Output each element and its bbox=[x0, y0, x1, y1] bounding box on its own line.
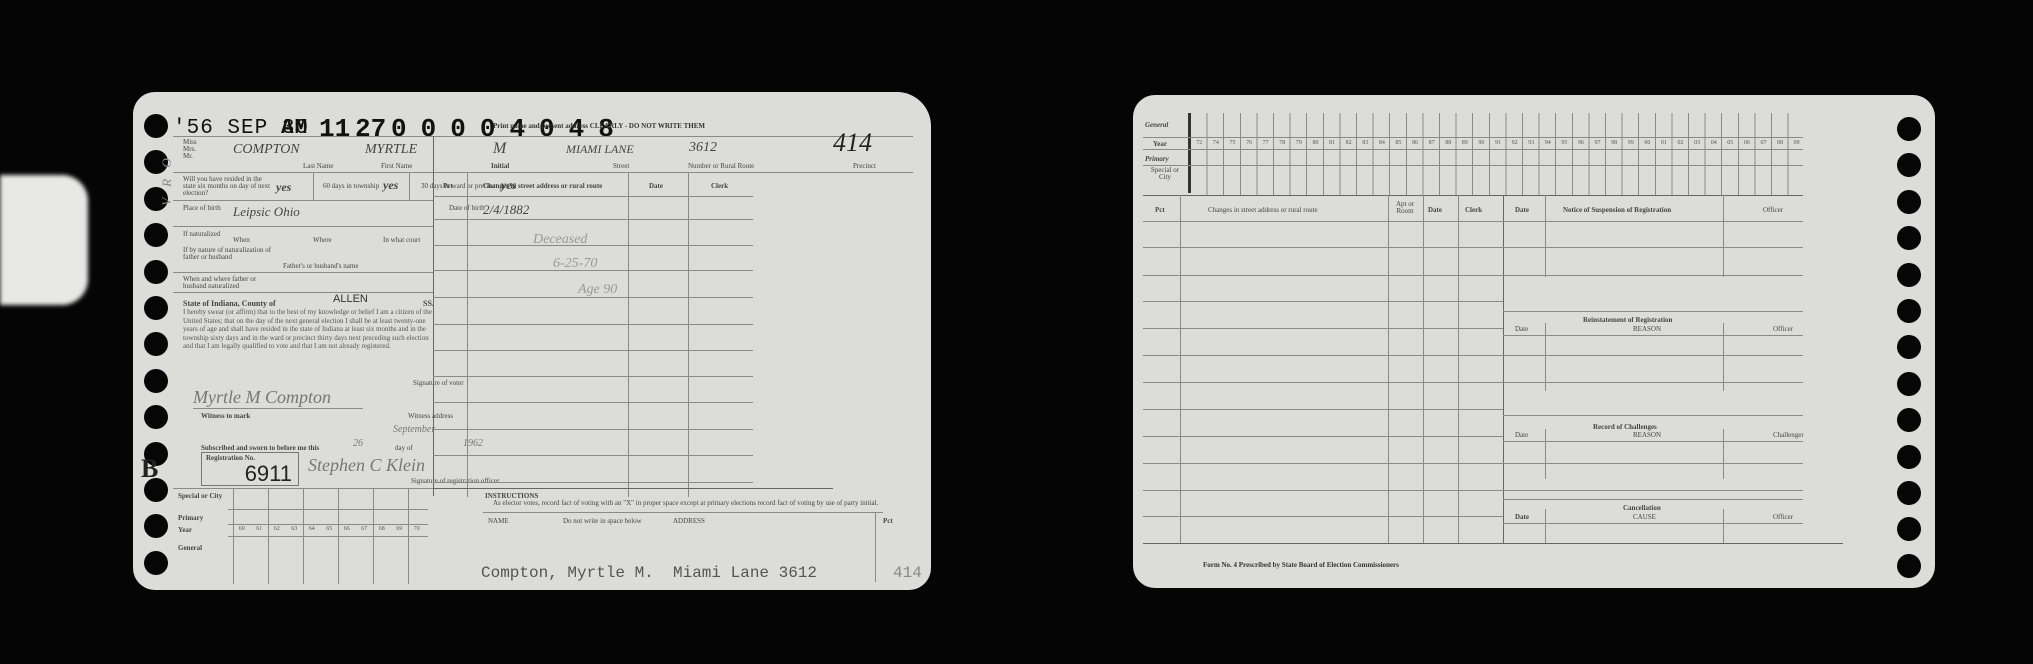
last-name-value: COMPTON bbox=[233, 142, 300, 158]
residency-q2-value: yes bbox=[383, 178, 398, 193]
officer-signature: Stephen C Klein bbox=[308, 455, 425, 476]
subscribed-text: Subscribed and sworn to before me this bbox=[201, 444, 319, 452]
margin-note: V R O bbox=[159, 154, 175, 206]
header-instruction: Print name and present address CLEARLY -… bbox=[493, 122, 705, 130]
form-footer: Form No. 4 Prescribed by State Board of … bbox=[1203, 561, 1399, 569]
voter-signature-label: Signature of voter bbox=[413, 379, 464, 387]
reinstatement-reason: REASON bbox=[1633, 325, 1661, 333]
birth-date-value: 2/4/1882 bbox=[483, 202, 529, 218]
punch-hole bbox=[1897, 190, 1921, 214]
back-changes-pct: Pct bbox=[1155, 206, 1165, 214]
changes-header-pct: Pct bbox=[443, 182, 453, 190]
naturalized-label: If naturalized bbox=[183, 230, 221, 238]
first-name-value: MYRTLE bbox=[365, 142, 417, 158]
typed-name: Compton, Myrtle M. bbox=[481, 564, 654, 582]
punch-hole bbox=[144, 260, 168, 284]
back-grid-year: Year bbox=[1153, 140, 1167, 148]
punch-hole bbox=[1897, 263, 1921, 287]
handwritten-deceased: Deceased bbox=[533, 232, 587, 248]
residency-q1-label: Will you have resided in the state six m… bbox=[183, 176, 273, 197]
naturalized-father-label: If by nature of naturalization of father… bbox=[183, 247, 273, 261]
cancellation-date: Date bbox=[1515, 513, 1529, 521]
witness-label: Witness to mark bbox=[201, 412, 250, 420]
subscribed-day: 26 bbox=[353, 438, 363, 449]
registration-box: Registration No. 6911 bbox=[201, 452, 299, 486]
birth-place-label: Place of birth bbox=[183, 204, 221, 212]
when-where-naturalized-label: When and where father or husband natural… bbox=[183, 276, 273, 290]
scanner-glare bbox=[0, 175, 88, 305]
punch-hole bbox=[1897, 372, 1921, 396]
scan-stage: '56 SEP 30 AM 11 27 0 0 0 0 4 0 4 8 Prin… bbox=[0, 0, 2033, 664]
precinct-label: Precinct bbox=[853, 162, 876, 170]
serial-digit: 0 bbox=[450, 114, 466, 144]
changes-header-clerk: Clerk bbox=[711, 182, 728, 190]
precinct-value: 414 bbox=[833, 128, 872, 158]
father-name-label: Father's or husband's name bbox=[283, 262, 358, 270]
registration-letter: B bbox=[141, 454, 158, 484]
punch-hole bbox=[144, 514, 168, 538]
grid-row-special: Special or City bbox=[178, 492, 222, 500]
cancellation-officer: Officer bbox=[1773, 513, 1793, 521]
naturalized-court-label: In what court bbox=[383, 236, 420, 244]
punch-hole bbox=[1897, 481, 1921, 505]
punch-hole bbox=[1897, 153, 1921, 177]
instructions-note-col: Do not write in space below bbox=[563, 517, 642, 525]
day-of-label: day of bbox=[395, 444, 413, 452]
initial-label: Initial bbox=[491, 162, 509, 170]
typed-address: Miami Lane 3612 bbox=[673, 564, 817, 582]
front-year-row: 60 61 62 63 64 65 66 67 68 69 70 bbox=[233, 526, 426, 532]
punch-hole bbox=[1897, 554, 1921, 578]
back-changes-apt: Apt or Room bbox=[1391, 201, 1419, 215]
punch-holes bbox=[1897, 117, 1921, 578]
suspension-date: Date bbox=[1515, 206, 1529, 214]
punch-hole bbox=[144, 296, 168, 320]
instructions-pct-col: Pct bbox=[883, 517, 893, 525]
cancellation-cause: CAUSE bbox=[1633, 513, 1656, 521]
first-name-label: First Name bbox=[381, 162, 412, 170]
changes-header-address: Changes in street address or rural route bbox=[483, 182, 602, 190]
punch-hole bbox=[1897, 299, 1921, 323]
back-grid-primary: Primary bbox=[1145, 155, 1169, 163]
witness-address-label: Witness address bbox=[408, 412, 453, 420]
punch-hole bbox=[144, 551, 168, 575]
punch-hole bbox=[144, 405, 168, 429]
cancellation-title: Cancellation bbox=[1623, 504, 1661, 512]
handwritten-age: Age 90 bbox=[578, 282, 617, 298]
oath-county: ALLEN bbox=[333, 293, 368, 305]
street-value: MIAMI LANE bbox=[566, 142, 634, 157]
punch-hole bbox=[1897, 335, 1921, 359]
birth-place-value: Leipsic Ohio bbox=[233, 204, 300, 220]
number-label: Number or Rural Route bbox=[688, 162, 754, 170]
punch-hole bbox=[1897, 117, 1921, 141]
naturalized-where-label: Where bbox=[313, 236, 332, 244]
handwritten-date: 6-25-70 bbox=[553, 256, 597, 272]
challenges-title: Record of Challenges bbox=[1593, 423, 1657, 431]
stamp-minute: 27 bbox=[355, 114, 386, 144]
suspension-title: Notice of Suspension of Registration bbox=[1563, 206, 1671, 214]
serial-digit: 0 bbox=[391, 114, 407, 144]
back-changes-address: Changes in street address or rural route bbox=[1208, 206, 1318, 214]
residency-q1-value: yes bbox=[276, 180, 291, 195]
punch-hole bbox=[144, 369, 168, 393]
reinstatement-officer: Officer bbox=[1773, 325, 1793, 333]
changes-header-date: Date bbox=[649, 182, 663, 190]
oath-text: I hereby swear (or affirm) that to the b… bbox=[183, 308, 433, 351]
punch-hole bbox=[144, 223, 168, 247]
challenges-challenger: Challenger bbox=[1773, 431, 1804, 439]
punch-hole bbox=[144, 332, 168, 356]
back-changes-clerk: Clerk bbox=[1465, 206, 1482, 214]
reinstatement-date: Date bbox=[1515, 325, 1528, 333]
grid-row-primary: Primary bbox=[178, 514, 203, 522]
instructions-address-col: ADDRESS bbox=[673, 517, 705, 525]
instructions-name-col: NAME bbox=[488, 517, 509, 525]
subscribed-year: 1962 bbox=[463, 438, 483, 449]
subscribed-month: September bbox=[393, 424, 435, 435]
initial-value: M bbox=[493, 140, 506, 158]
registration-number: 6911 bbox=[245, 461, 292, 487]
naturalized-when-label: When bbox=[233, 236, 250, 244]
title-prefix: Miss Mrs. Mr. bbox=[183, 139, 197, 160]
grid-row-general: General bbox=[178, 544, 202, 552]
punch-hole bbox=[1897, 226, 1921, 250]
challenges-reason: REASON bbox=[1633, 431, 1661, 439]
oath-state-line: State of Indiana, County of bbox=[183, 299, 276, 308]
registration-card-front: '56 SEP 30 AM 11 27 0 0 0 0 4 0 4 8 Prin… bbox=[133, 92, 931, 590]
number-value: 3612 bbox=[689, 140, 717, 156]
suspension-officer: Officer bbox=[1763, 206, 1783, 214]
punch-hole bbox=[1897, 445, 1921, 469]
punch-hole bbox=[144, 114, 168, 138]
reinstatement-title: Reinstatement of Registration bbox=[1583, 316, 1672, 324]
last-name-label: Last Name bbox=[303, 162, 334, 170]
punch-hole bbox=[1897, 408, 1921, 432]
officer-signature-label: Signature of registration officer bbox=[411, 477, 499, 485]
voter-signature: Myrtle M Compton bbox=[193, 387, 331, 408]
back-changes-date: Date bbox=[1428, 206, 1442, 214]
registration-card-back: General Year Primary Special or City 727… bbox=[1133, 95, 1935, 588]
instructions-text: As elector votes, record fact of voting … bbox=[493, 500, 913, 507]
punch-hole bbox=[1897, 517, 1921, 541]
grid-row-year: Year bbox=[178, 526, 192, 534]
challenges-date: Date bbox=[1515, 431, 1528, 439]
street-label: Street bbox=[613, 162, 629, 170]
back-grid-general: General bbox=[1145, 121, 1168, 129]
back-grid-columns bbox=[1191, 113, 1803, 195]
typed-pct: 414 bbox=[893, 564, 922, 582]
back-grid-special: Special or City bbox=[1145, 167, 1185, 181]
stamp-hour: 11 bbox=[319, 114, 350, 144]
residency-q2-label: 60 days in township bbox=[323, 182, 379, 190]
